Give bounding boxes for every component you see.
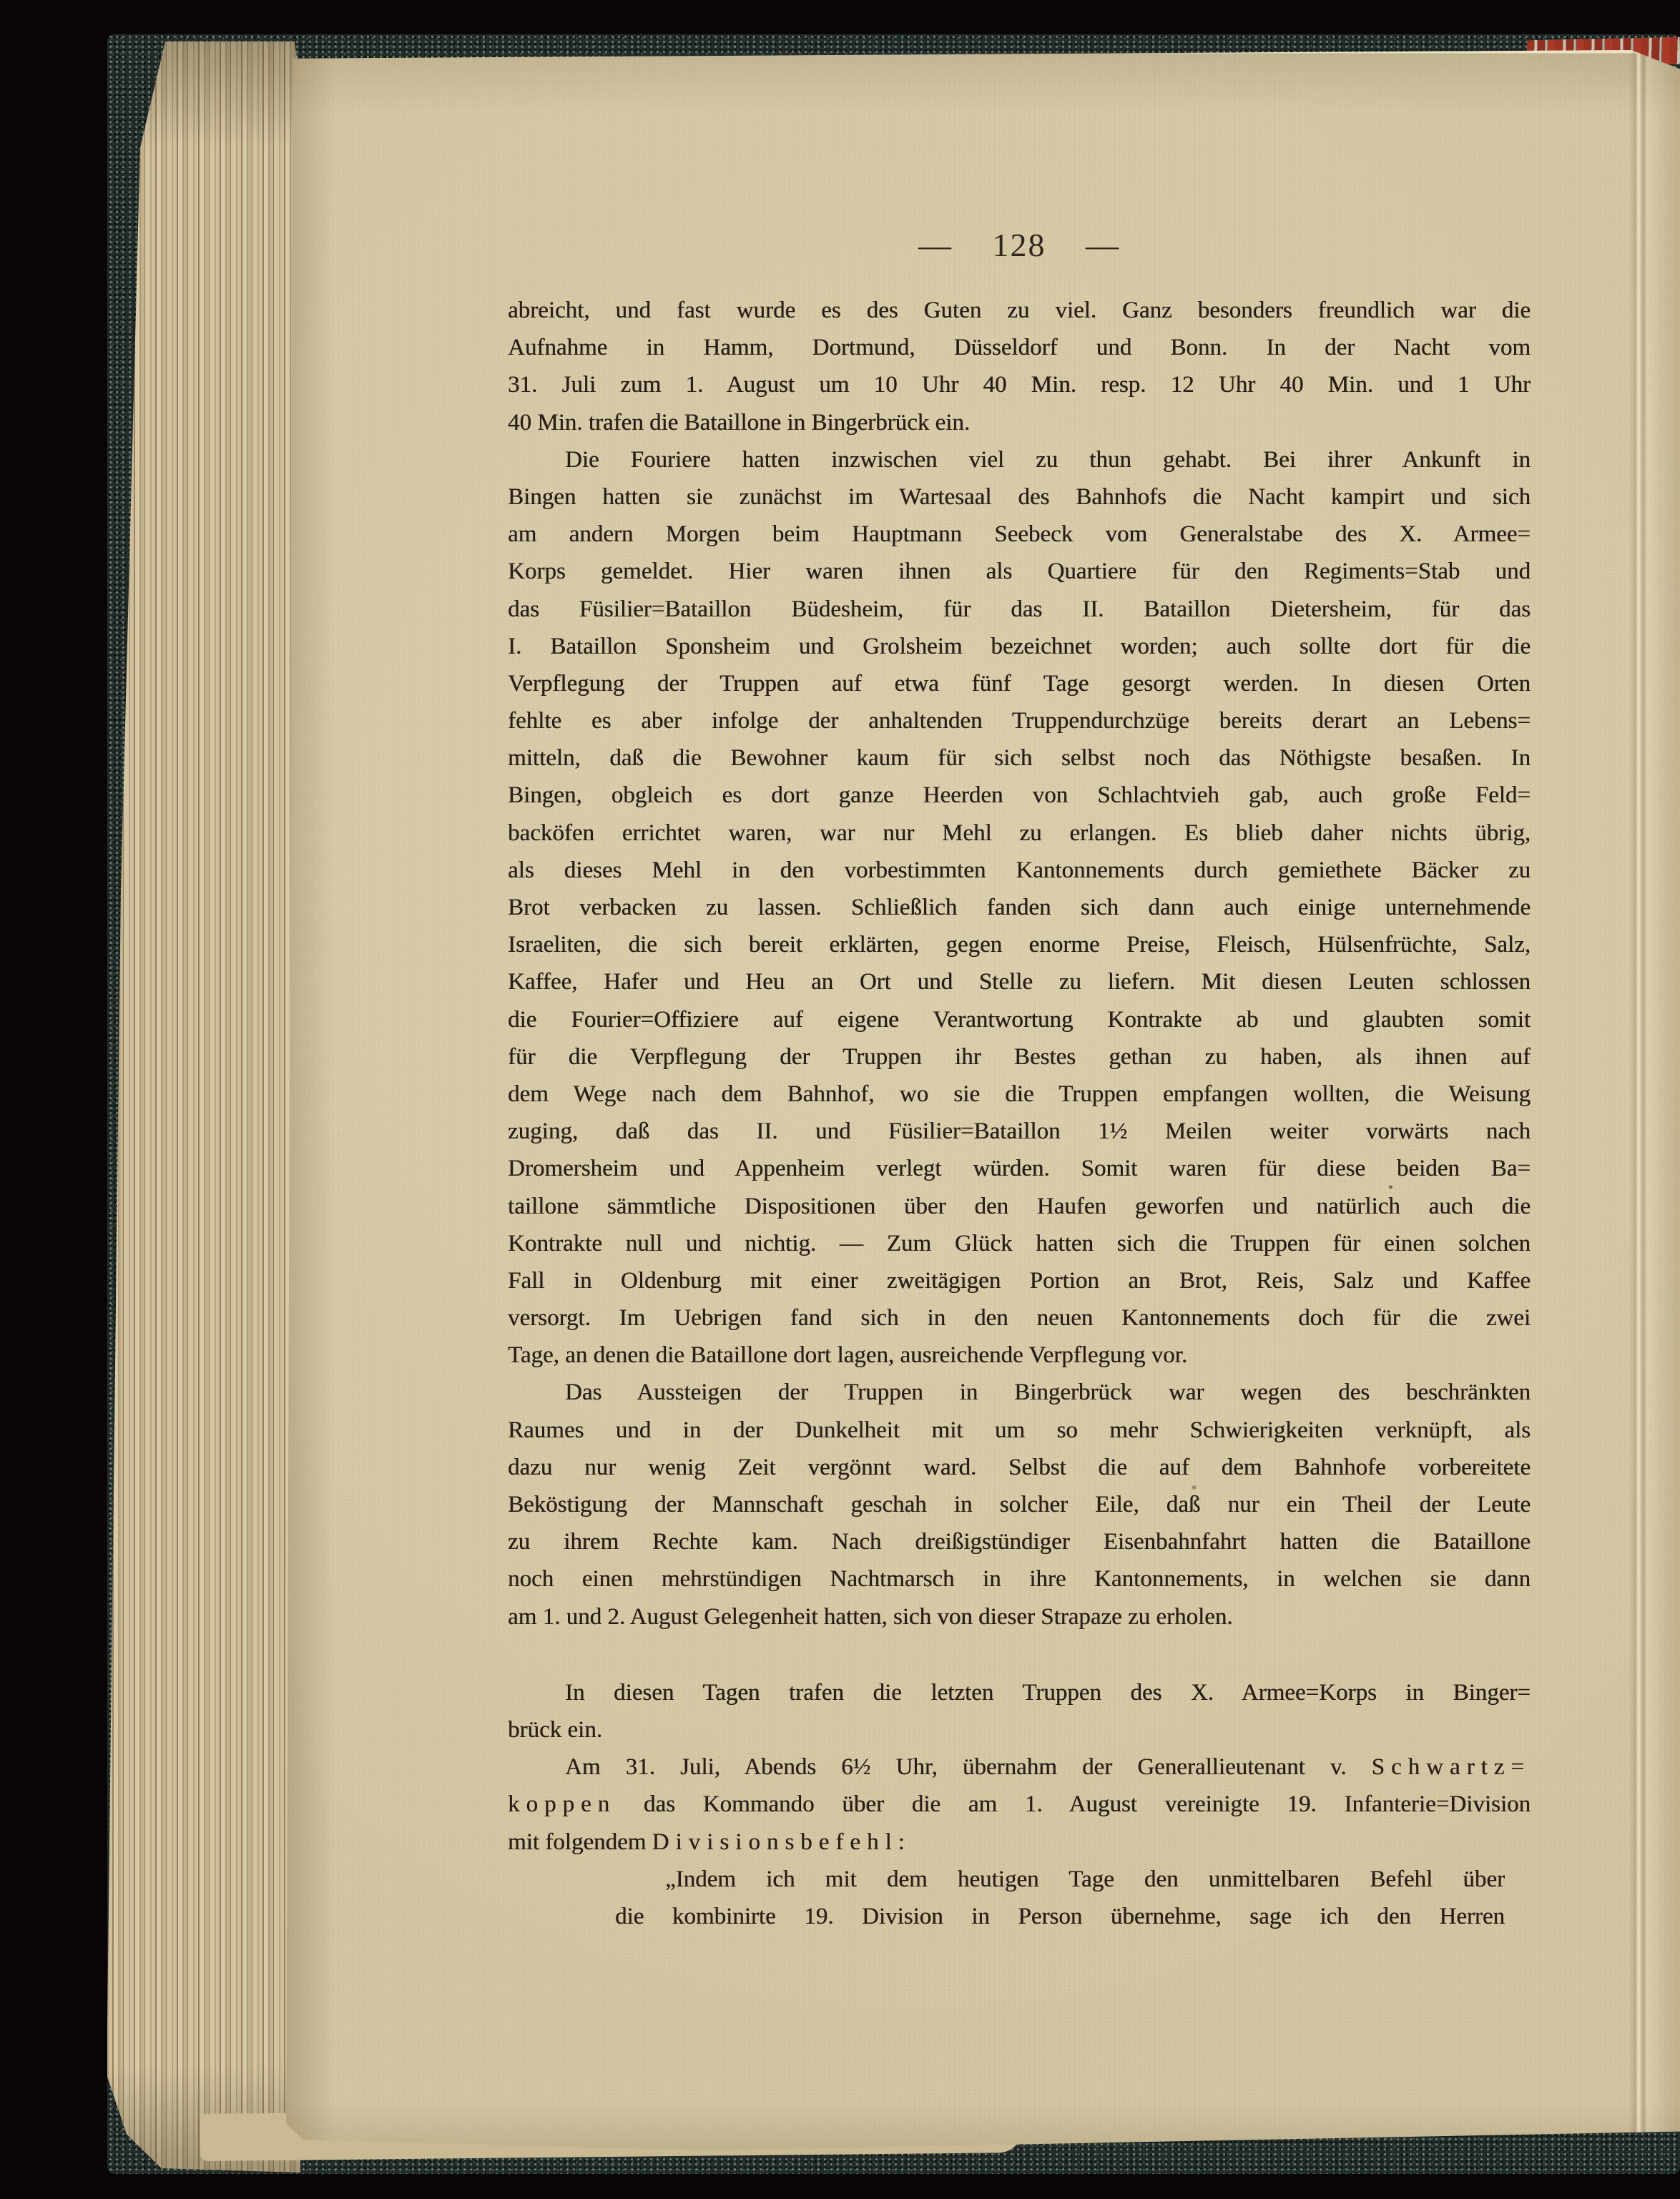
text-line: Bingen hatten sie zunächst im Wartesaal … [508, 478, 1531, 516]
text-line: noch einen mehrstündigen Nachtmarsch in … [508, 1560, 1531, 1598]
quote-paragraph: „Indem ich mit dem heutigen Tage den unm… [615, 1861, 1505, 1935]
text-line: Brot verbacken zu lassen. Schließlich fa… [508, 889, 1531, 926]
letterspaced-text: koppen [508, 1791, 616, 1817]
text-line: zuging, daß das II. und Füsilier=Bataill… [508, 1113, 1531, 1150]
text-line: brück ein. [508, 1711, 1531, 1748]
text-line: „Indem ich mit dem heutigen Tage den unm… [615, 1861, 1505, 1898]
text-line: dem Wege nach dem Bahnhof, wo sie die Tr… [508, 1076, 1531, 1113]
text-line: fehlte es aber infolge der anhaltenden T… [508, 702, 1531, 739]
paragraph: In diesen Tagen trafen die letzten Trupp… [508, 1674, 1531, 1748]
text-segment: das Kommando über die am 1. August verei… [616, 1791, 1531, 1817]
text-segment: Am 31. Juli, Abends 6½ Uhr, übernahm der… [565, 1754, 1372, 1780]
book-page: — 128 — abreicht, und fast wurde es des … [286, 50, 1680, 2153]
text-block: abreicht, und fast wurde es des Guten zu… [508, 292, 1531, 1935]
book-scan-background: — 128 — abreicht, und fast wurde es des … [0, 0, 1680, 2199]
text-line: Aufnahme in Hamm, Dortmund, Düsseldorf u… [508, 329, 1531, 366]
text-line: 40 Min. trafen die Bataillone in Bingerb… [508, 404, 1531, 441]
text-line: Israeliten, die sich bereit erklärten, g… [508, 926, 1531, 963]
text-line: das Füsilier=Bataillon Büdesheim, für da… [508, 591, 1531, 628]
text-line: als dieses Mehl in den vorbestimmten Kan… [508, 852, 1531, 889]
text-line: am andern Morgen beim Hauptmann Seebeck … [508, 516, 1531, 553]
paragraph: Das Aussteigen der Truppen in Bingerbrüc… [508, 1374, 1531, 1635]
text-line: In diesen Tagen trafen die letzten Trupp… [508, 1674, 1531, 1711]
text-line: koppen das Kommando über die am 1. Augus… [508, 1786, 1531, 1823]
text-line: taillone sämmtliche Dispositionen über d… [508, 1188, 1531, 1225]
text-line: zu ihrem Rechte kam. Nach dreißigstündig… [508, 1523, 1531, 1560]
text-line: 31. Juli zum 1. August um 10 Uhr 40 Min.… [508, 366, 1531, 403]
text-line: Raumes und in der Dunkelheit mit um so m… [508, 1412, 1531, 1449]
letterspaced-text: Divisionsbefehl: [652, 1829, 911, 1855]
text-line: die Fourier=Offiziere auf eigene Verantw… [508, 1001, 1531, 1038]
text-line: I. Bataillon Sponsheim und Grolsheim bez… [508, 628, 1531, 665]
text-line: für die Verpflegung der Truppen ihr Best… [508, 1038, 1531, 1076]
text-line: Das Aussteigen der Truppen in Bingerbrüc… [508, 1374, 1531, 1411]
text-line: Beköstigung der Mannschaft geschah in so… [508, 1486, 1531, 1523]
text-line: mitteln, daß die Bewohner kaum für sich … [508, 739, 1531, 777]
text-line: Bingen, obgleich es dort ganze Heerden v… [508, 777, 1531, 814]
text-line: Die Fouriere hatten inzwischen viel zu t… [508, 441, 1531, 478]
text-line: Verpflegung der Truppen auf etwa fünf Ta… [508, 665, 1531, 702]
text-line: am 1. und 2. August Gelegenheit hatten, … [508, 1598, 1531, 1635]
text-line: Dromersheim und Appenheim verlegt würden… [508, 1150, 1531, 1187]
text-line: Am 31. Juli, Abends 6½ Uhr, übernahm der… [508, 1748, 1531, 1786]
text-line: Tage, an denen die Bataillone dort lagen… [508, 1337, 1531, 1374]
text-line: die kombinirte 19. Division in Person üb… [615, 1898, 1505, 1935]
paragraph: Am 31. Juli, Abends 6½ Uhr, übernahm der… [508, 1748, 1531, 1861]
text-segment: mit folgendem [508, 1829, 652, 1855]
text-line: mit folgendem Divisionsbefehl: [508, 1824, 1531, 1861]
page-number-header: — 128 — [508, 226, 1531, 264]
paragraph: Die Fouriere hatten inzwischen viel zu t… [508, 441, 1531, 1374]
text-line: versorgt. Im Uebrigen fand sich in den n… [508, 1299, 1531, 1337]
text-line: Korps gemeldet. Hier waren ihnen als Qua… [508, 553, 1531, 590]
text-line: Kontrakte null und nichtig. — Zum Glück … [508, 1225, 1531, 1262]
page-stack-edges [107, 41, 300, 2173]
letterspaced-text: Schwartz= [1372, 1754, 1531, 1780]
text-line: abreicht, und fast wurde es des Guten zu… [508, 292, 1531, 329]
text-line: Fall in Oldenburg mit einer zweitägigen … [508, 1262, 1531, 1299]
paragraph: abreicht, und fast wurde es des Guten zu… [508, 292, 1531, 441]
text-line: Kaffee, Hafer und Heu an Ort und Stelle … [508, 963, 1531, 1000]
text-line: dazu nur wenig Zeit vergönnt ward. Selbs… [508, 1449, 1531, 1486]
text-line: backöfen errichtet waren, war nur Mehl z… [508, 815, 1531, 852]
